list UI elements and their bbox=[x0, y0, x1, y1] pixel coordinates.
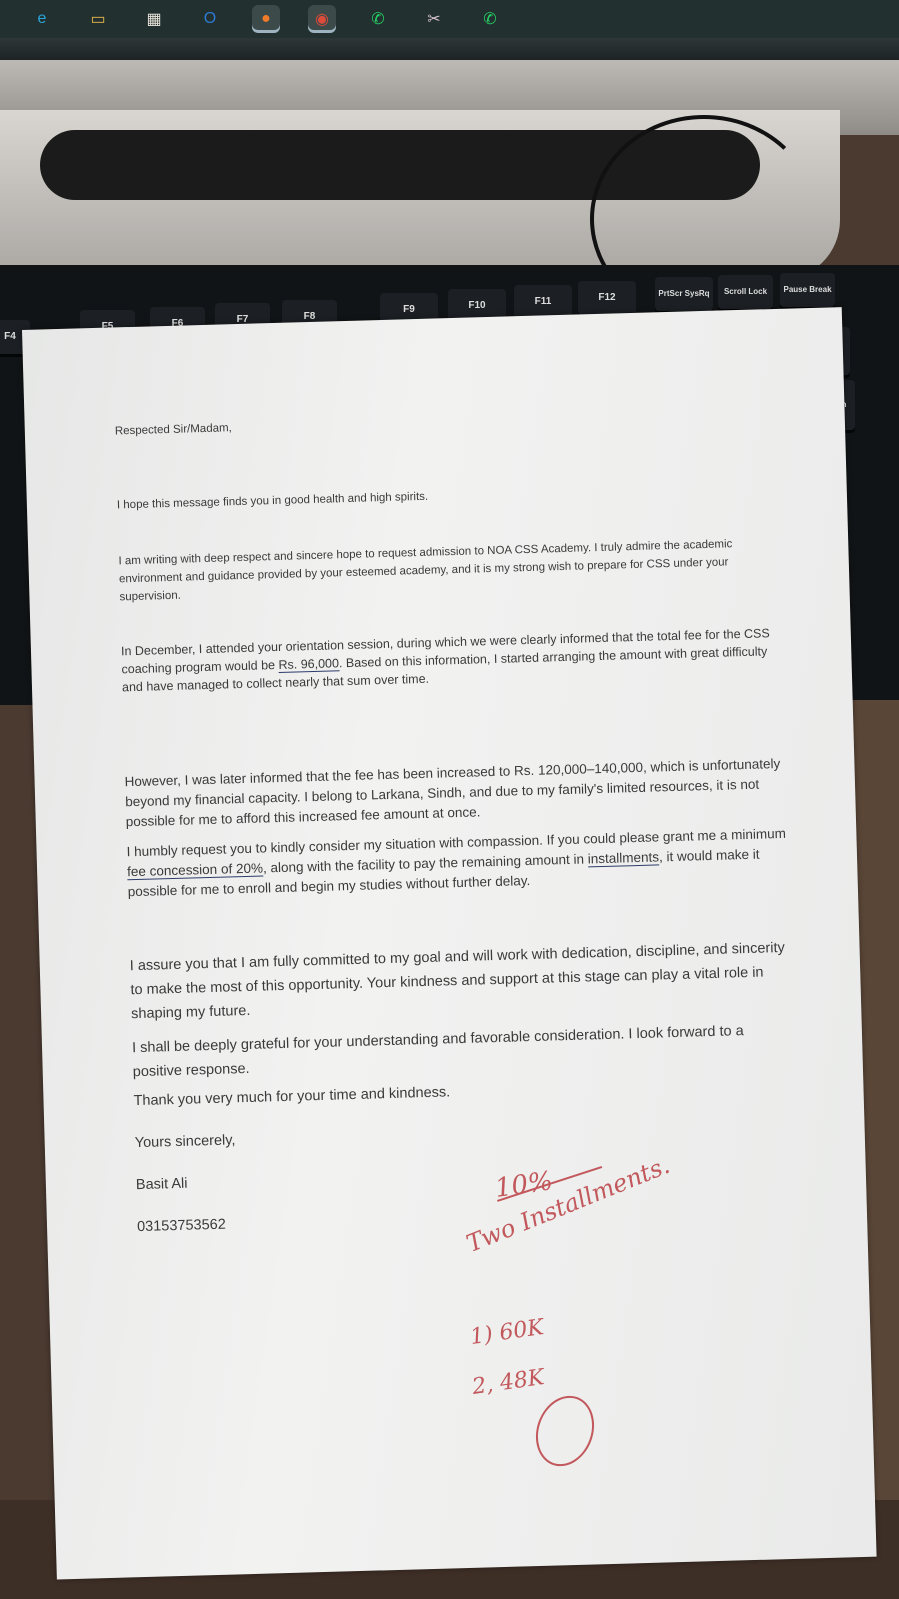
underlined-installments: installments bbox=[588, 849, 660, 867]
underlined-fee-amount: Rs. 96,000 bbox=[278, 656, 339, 673]
key-pause-break[interactable]: Pause Break bbox=[780, 273, 835, 307]
file-explorer-icon[interactable]: ▭ bbox=[84, 5, 112, 33]
paragraph-orientation: In December, I attended your orientation… bbox=[121, 624, 782, 696]
snipping-tool-icon[interactable]: ✂ bbox=[420, 5, 448, 33]
firefox-icon[interactable]: ● bbox=[252, 5, 280, 33]
underlined-concession: fee concession of 20% bbox=[127, 860, 263, 880]
salutation: Respected Sir/Madam, bbox=[115, 404, 775, 440]
taskbar: e▭▦O●◉✆✂✆ bbox=[0, 0, 899, 38]
paragraph-concession-request: I humbly request you to kindly consider … bbox=[126, 824, 787, 902]
paragraph-commitment: I assure you that I am fully committed t… bbox=[129, 936, 791, 1026]
paragraph-fee-increase: However, I was later informed that the f… bbox=[124, 754, 785, 832]
whatsapp-icon[interactable]: ✆ bbox=[364, 5, 392, 33]
store-icon[interactable]: ▦ bbox=[140, 5, 168, 33]
letter-body: Respected Sir/Madam, I hope this message… bbox=[115, 404, 798, 1260]
chrome-icon[interactable]: ◉ bbox=[308, 5, 336, 33]
paragraph-request: I am writing with deep respect and since… bbox=[118, 534, 779, 606]
outlook-icon[interactable]: O bbox=[196, 5, 224, 33]
key-f12[interactable]: F12 bbox=[578, 281, 636, 315]
sender-name: Basit Ali bbox=[136, 1158, 796, 1194]
key-scroll-lock[interactable]: Scroll Lock bbox=[718, 275, 773, 309]
paragraph-gratitude: I shall be deeply grateful for your unde… bbox=[132, 1018, 793, 1084]
edge-icon[interactable]: e bbox=[28, 5, 56, 33]
key-print-screen[interactable]: PrtScr SysRq bbox=[655, 277, 713, 311]
paragraph-greeting: I hope this message finds you in good he… bbox=[117, 478, 777, 514]
printed-letter: Respected Sir/Madam, I hope this message… bbox=[22, 307, 877, 1579]
closing: Yours sincerely, bbox=[134, 1116, 794, 1152]
whatsapp-beta-icon[interactable]: ✆ bbox=[476, 5, 504, 33]
